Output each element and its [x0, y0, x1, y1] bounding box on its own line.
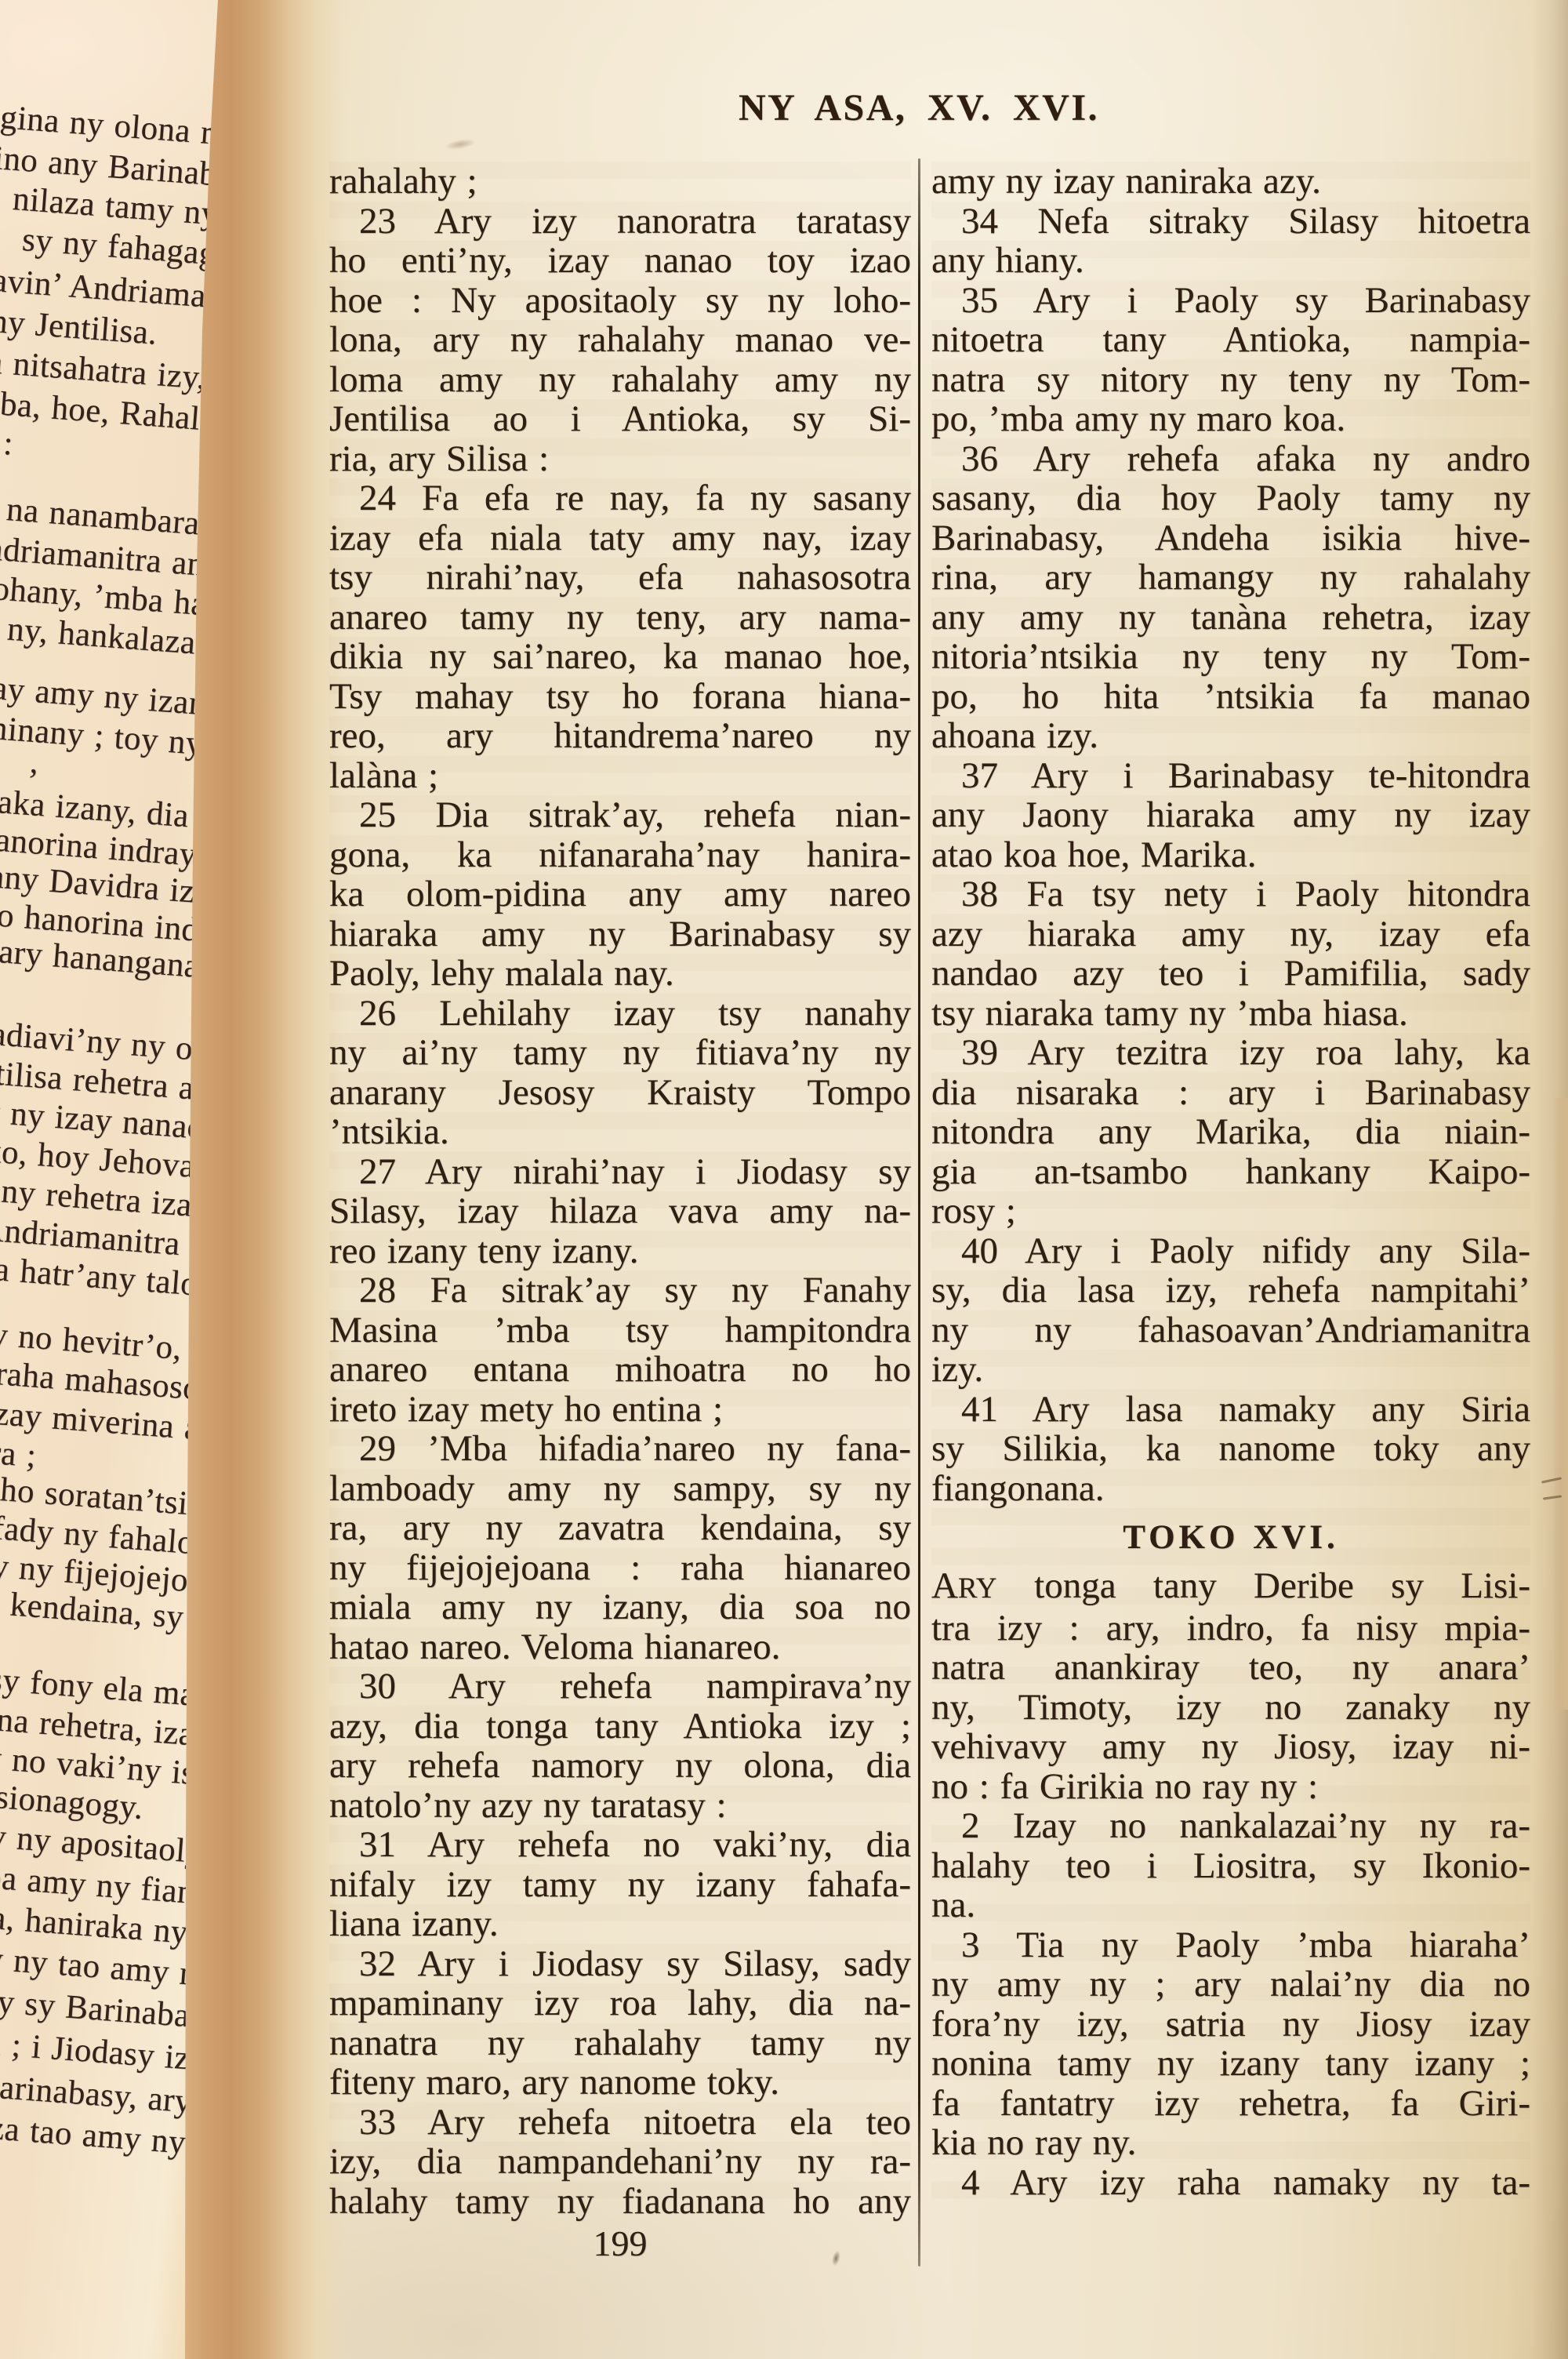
left-text-column: rahalahy ;23 Ary izy nanoratra taratasyh…	[329, 162, 911, 2221]
text-line: nandao azy teo i Pamifilia, sady	[931, 954, 1530, 994]
prev-page-text-line: ,	[29, 745, 40, 780]
text-line: halahy teo i Liositra, sy Ikonio-	[931, 1846, 1530, 1886]
text-line: 31 Ary rehefa no vaki’ny, dia	[329, 1825, 911, 1865]
text-line: sy Silikia, ka nanome toky any	[931, 1429, 1530, 1469]
text-line: izy.	[931, 1350, 1530, 1390]
text-line: nanatra ny rahalahy tamy ny	[329, 2023, 911, 2063]
text-line: nitoria’ntsikia ny teny ny Tom-	[931, 637, 1530, 677]
text-line: fiteny maro, ary nanome toky.	[329, 2063, 911, 2103]
text-line: 34 Nefa sitraky Silasy hitoetra	[931, 202, 1530, 242]
text-line: 35 Ary i Paoly sy Barinabasy	[931, 281, 1530, 321]
text-line: no : fa Girikia no ray ny :	[931, 1767, 1530, 1807]
text-line: mpaminany izy roa lahy, dia na-	[329, 1983, 911, 2023]
text-line: fiangonana.	[931, 1469, 1530, 1509]
text-line: gona, ka nifanaraha’nay hanira-	[329, 835, 911, 875]
text-line: gia an-tsambo hankany Kaipo-	[931, 1152, 1530, 1192]
ink-smudge	[438, 134, 482, 154]
text-line: Jentilisa ao i Antioka, sy Si-	[329, 399, 911, 439]
text-line: izy, dia nampandehani’ny ny ra-	[329, 2142, 911, 2182]
text-line: rahalahy ;	[329, 162, 911, 202]
text-line: 4 Ary izy raha namaky ny ta-	[931, 2163, 1530, 2203]
text-line: 29 ’Mba hifadia’nareo ny fana-	[329, 1429, 911, 1469]
text-line: 24 Fa efa re nay, fa ny sasany	[329, 478, 911, 518]
text-line: loma amy ny rahalahy amy ny	[329, 360, 911, 400]
text-line: Barinabasy, Andeha isikia hive-	[931, 518, 1530, 558]
text-line: ny amy ny ; ary nalai’ny dia no	[931, 1965, 1530, 2005]
text-line: 32 Ary i Jiodasy sy Silasy, sady	[329, 1944, 911, 1984]
next-page-edge-sliver	[1552, 1098, 1568, 1710]
book-page-scan: { "header": { "title": "NY ASA, XV. XVI.…	[0, 0, 1568, 2359]
prev-page-text-line: :	[2, 427, 15, 462]
text-line: na.	[931, 1885, 1530, 1925]
text-line: ’ntsikia.	[329, 1112, 911, 1152]
text-line: Paoly, lehy malala nay.	[329, 954, 911, 994]
text-line: liana izany.	[329, 1904, 911, 1944]
text-line: reo, ary hitandrema’nareo ny	[329, 716, 911, 756]
text-line: kia no ray ny.	[931, 2123, 1530, 2163]
text-line: 33 Ary rehefa nitoetra ela teo	[329, 2103, 911, 2143]
text-line: hoe : Ny apositaoly sy ny loho-	[329, 281, 911, 321]
text-line: ra, ary ny zavatra kendaina, sy	[329, 1508, 911, 1548]
text-line: 26 Lehilahy izay tsy nanahy	[329, 994, 911, 1034]
text-line: ny fijejojejoana : raha hianareo	[329, 1548, 911, 1588]
text-line: 40 Ary i Paoly nifidy any Sila-	[931, 1231, 1530, 1271]
text-line: 3 Tia ny Paoly ’mba hiaraha’	[931, 1925, 1530, 1965]
text-line: reo izany teny izany.	[329, 1231, 911, 1271]
text-line: any hiany.	[931, 241, 1530, 281]
text-line: lona, ary ny rahalahy manao ve-	[329, 320, 911, 360]
text-line: azy hiaraka amy ny, izay efa	[931, 914, 1530, 954]
prev-page-text-line: ny Jentilisa.	[0, 304, 158, 351]
text-line: ARY tonga tany Deribe sy Lisi-	[931, 1566, 1530, 1608]
text-line: anareo tamy ny teny, ary nama-	[329, 598, 911, 638]
column-divider-rule	[918, 158, 920, 2266]
text-line: anarany Jesosy Kraisty Tompo	[329, 1073, 911, 1113]
text-line: miala amy ny izany, dia soa no	[329, 1587, 911, 1627]
text-line: ny, Timoty, izy no zanaky ny	[931, 1688, 1530, 1728]
chapter-heading: TOKO XVI.	[931, 1519, 1530, 1557]
text-line: fora’ny izy, satria ny Jiosy izay	[931, 2005, 1530, 2045]
text-line: hatao nareo. Veloma hianareo.	[329, 1627, 911, 1667]
text-line: 25 Dia sitrak’ay, rehefa nian-	[329, 795, 911, 835]
text-line: ho enti’ny, izay nanao toy izao	[329, 241, 911, 281]
text-line: hiaraka amy ny Barinabasy sy	[329, 914, 911, 954]
text-line: rina, ary hamangy ny rahalahy	[931, 558, 1530, 598]
text-line: Masina ’mba tsy hampitondra	[329, 1310, 911, 1350]
text-line: dikia ny sai’nareo, ka manao hoe,	[329, 637, 911, 677]
text-line: nonina tamy ny izany tany izany ;	[931, 2044, 1530, 2084]
text-line: azy, dia tonga tany Antioka izy ;	[329, 1707, 911, 1747]
text-line: 41 Ary lasa namaky any Siria	[931, 1390, 1530, 1430]
text-line: 28 Fa sitrak’ay sy ny Fanahy	[329, 1270, 911, 1310]
text-line: ka olom-pidina any amy nareo	[329, 874, 911, 914]
text-line: fa fantatry izy rehetra, fa Giri-	[931, 2084, 1530, 2124]
text-line: dia nisaraka : ary i Barinabasy	[931, 1073, 1530, 1113]
text-line: 36 Ary rehefa afaka ny andro	[931, 439, 1530, 479]
text-line: Silasy, izay hilaza vava amy na-	[329, 1191, 911, 1231]
text-line: 39 Ary tezitra izy roa lahy, ka	[931, 1033, 1530, 1073]
text-line: sasany, dia hoy Paoly tamy ny	[931, 478, 1530, 518]
text-line: natolo’ny azy ny taratasy :	[329, 1786, 911, 1826]
text-line: ahoana izy.	[931, 716, 1530, 756]
text-line: anareo entana mihoatra no ho	[329, 1350, 911, 1390]
text-line: halahy tamy ny fiadanana ho any	[329, 2182, 911, 2222]
page-number: 199	[329, 2224, 911, 2263]
prev-page-text-line: za tao amy ny	[0, 2111, 187, 2161]
prev-page-text-line: tra ;	[0, 1435, 38, 1474]
text-line: po, ho hita ’ntsikia fa manao	[931, 677, 1530, 717]
text-line: 37 Ary i Barinabasy te-hitondra	[931, 756, 1530, 796]
text-line: lamboady amy ny sampy, sy ny	[329, 1469, 911, 1509]
book-gutter-shadow	[182, 0, 347, 2359]
text-line: ireto izay mety ho entina ;	[329, 1390, 911, 1430]
text-line: atao koa hoe, Marika.	[931, 835, 1530, 875]
text-line: sy, dia lasa izy, rehefa nampitahi’	[931, 1270, 1530, 1310]
running-head: NY ASA, XV. XVI.	[329, 88, 1508, 129]
text-line: izay efa niala taty amy nay, izay	[329, 518, 911, 558]
text-line: ny ny fahasoavan’Andriamanitra	[931, 1310, 1530, 1350]
text-line: natra sy nitory ny teny ny Tom-	[931, 360, 1530, 400]
text-line: nitoetra tany Antioka, nampia-	[931, 320, 1530, 360]
text-line: 27 Ary nirahi’nay i Jiodasy sy	[329, 1152, 911, 1192]
text-line: ria, ary Silisa :	[329, 439, 911, 479]
text-line: tsy nirahi’nay, efa nahasosotra	[329, 558, 911, 598]
text-line: rosy ;	[931, 1191, 1530, 1231]
text-line: 30 Ary rehefa nampirava’ny	[329, 1667, 911, 1707]
text-line: nifaly izy tamy ny izany fahafa-	[329, 1865, 911, 1905]
text-line: po, ’mba amy ny maro koa.	[931, 399, 1530, 439]
small-caps-lead: RY	[958, 1572, 997, 1604]
text-line: natra anankiray teo, ny anara’	[931, 1648, 1530, 1688]
text-line: 38 Fa tsy nety i Paoly hitondra	[931, 874, 1530, 914]
text-line: tsy niaraka tamy ny ’mba hiasa.	[931, 994, 1530, 1034]
right-text-column: amy ny izay naniraka azy.34 Nefa sitraky…	[931, 162, 1530, 2202]
prev-page-text-line: sionagogy.	[0, 1780, 144, 1826]
text-line: lalàna ;	[329, 756, 911, 796]
text-line: 23 Ary izy nanoratra taratasy	[329, 202, 911, 242]
text-line: nitondra any Marika, dia niain-	[931, 1112, 1530, 1152]
text-line: any amy ny tanàna rehetra, izay	[931, 598, 1530, 638]
text-line: vehivavy amy ny Jiosy, izay ni-	[931, 1727, 1530, 1767]
text-line: 2 Izay no nankalazai’ny ny ra-	[931, 1806, 1530, 1846]
text-line: ary rehefa namory ny olona, dia	[329, 1746, 911, 1786]
text-line: any Jaony hiaraka amy ny izay	[931, 795, 1530, 835]
text-line: amy ny izay naniraka azy.	[931, 162, 1530, 202]
text-line: tra izy : ary, indro, fa nisy mpia-	[931, 1608, 1530, 1648]
text-line: Tsy mahay tsy ho forana hiana-	[329, 677, 911, 717]
text-line: ny ai’ny tamy ny fitiava’ny ny	[329, 1033, 911, 1073]
